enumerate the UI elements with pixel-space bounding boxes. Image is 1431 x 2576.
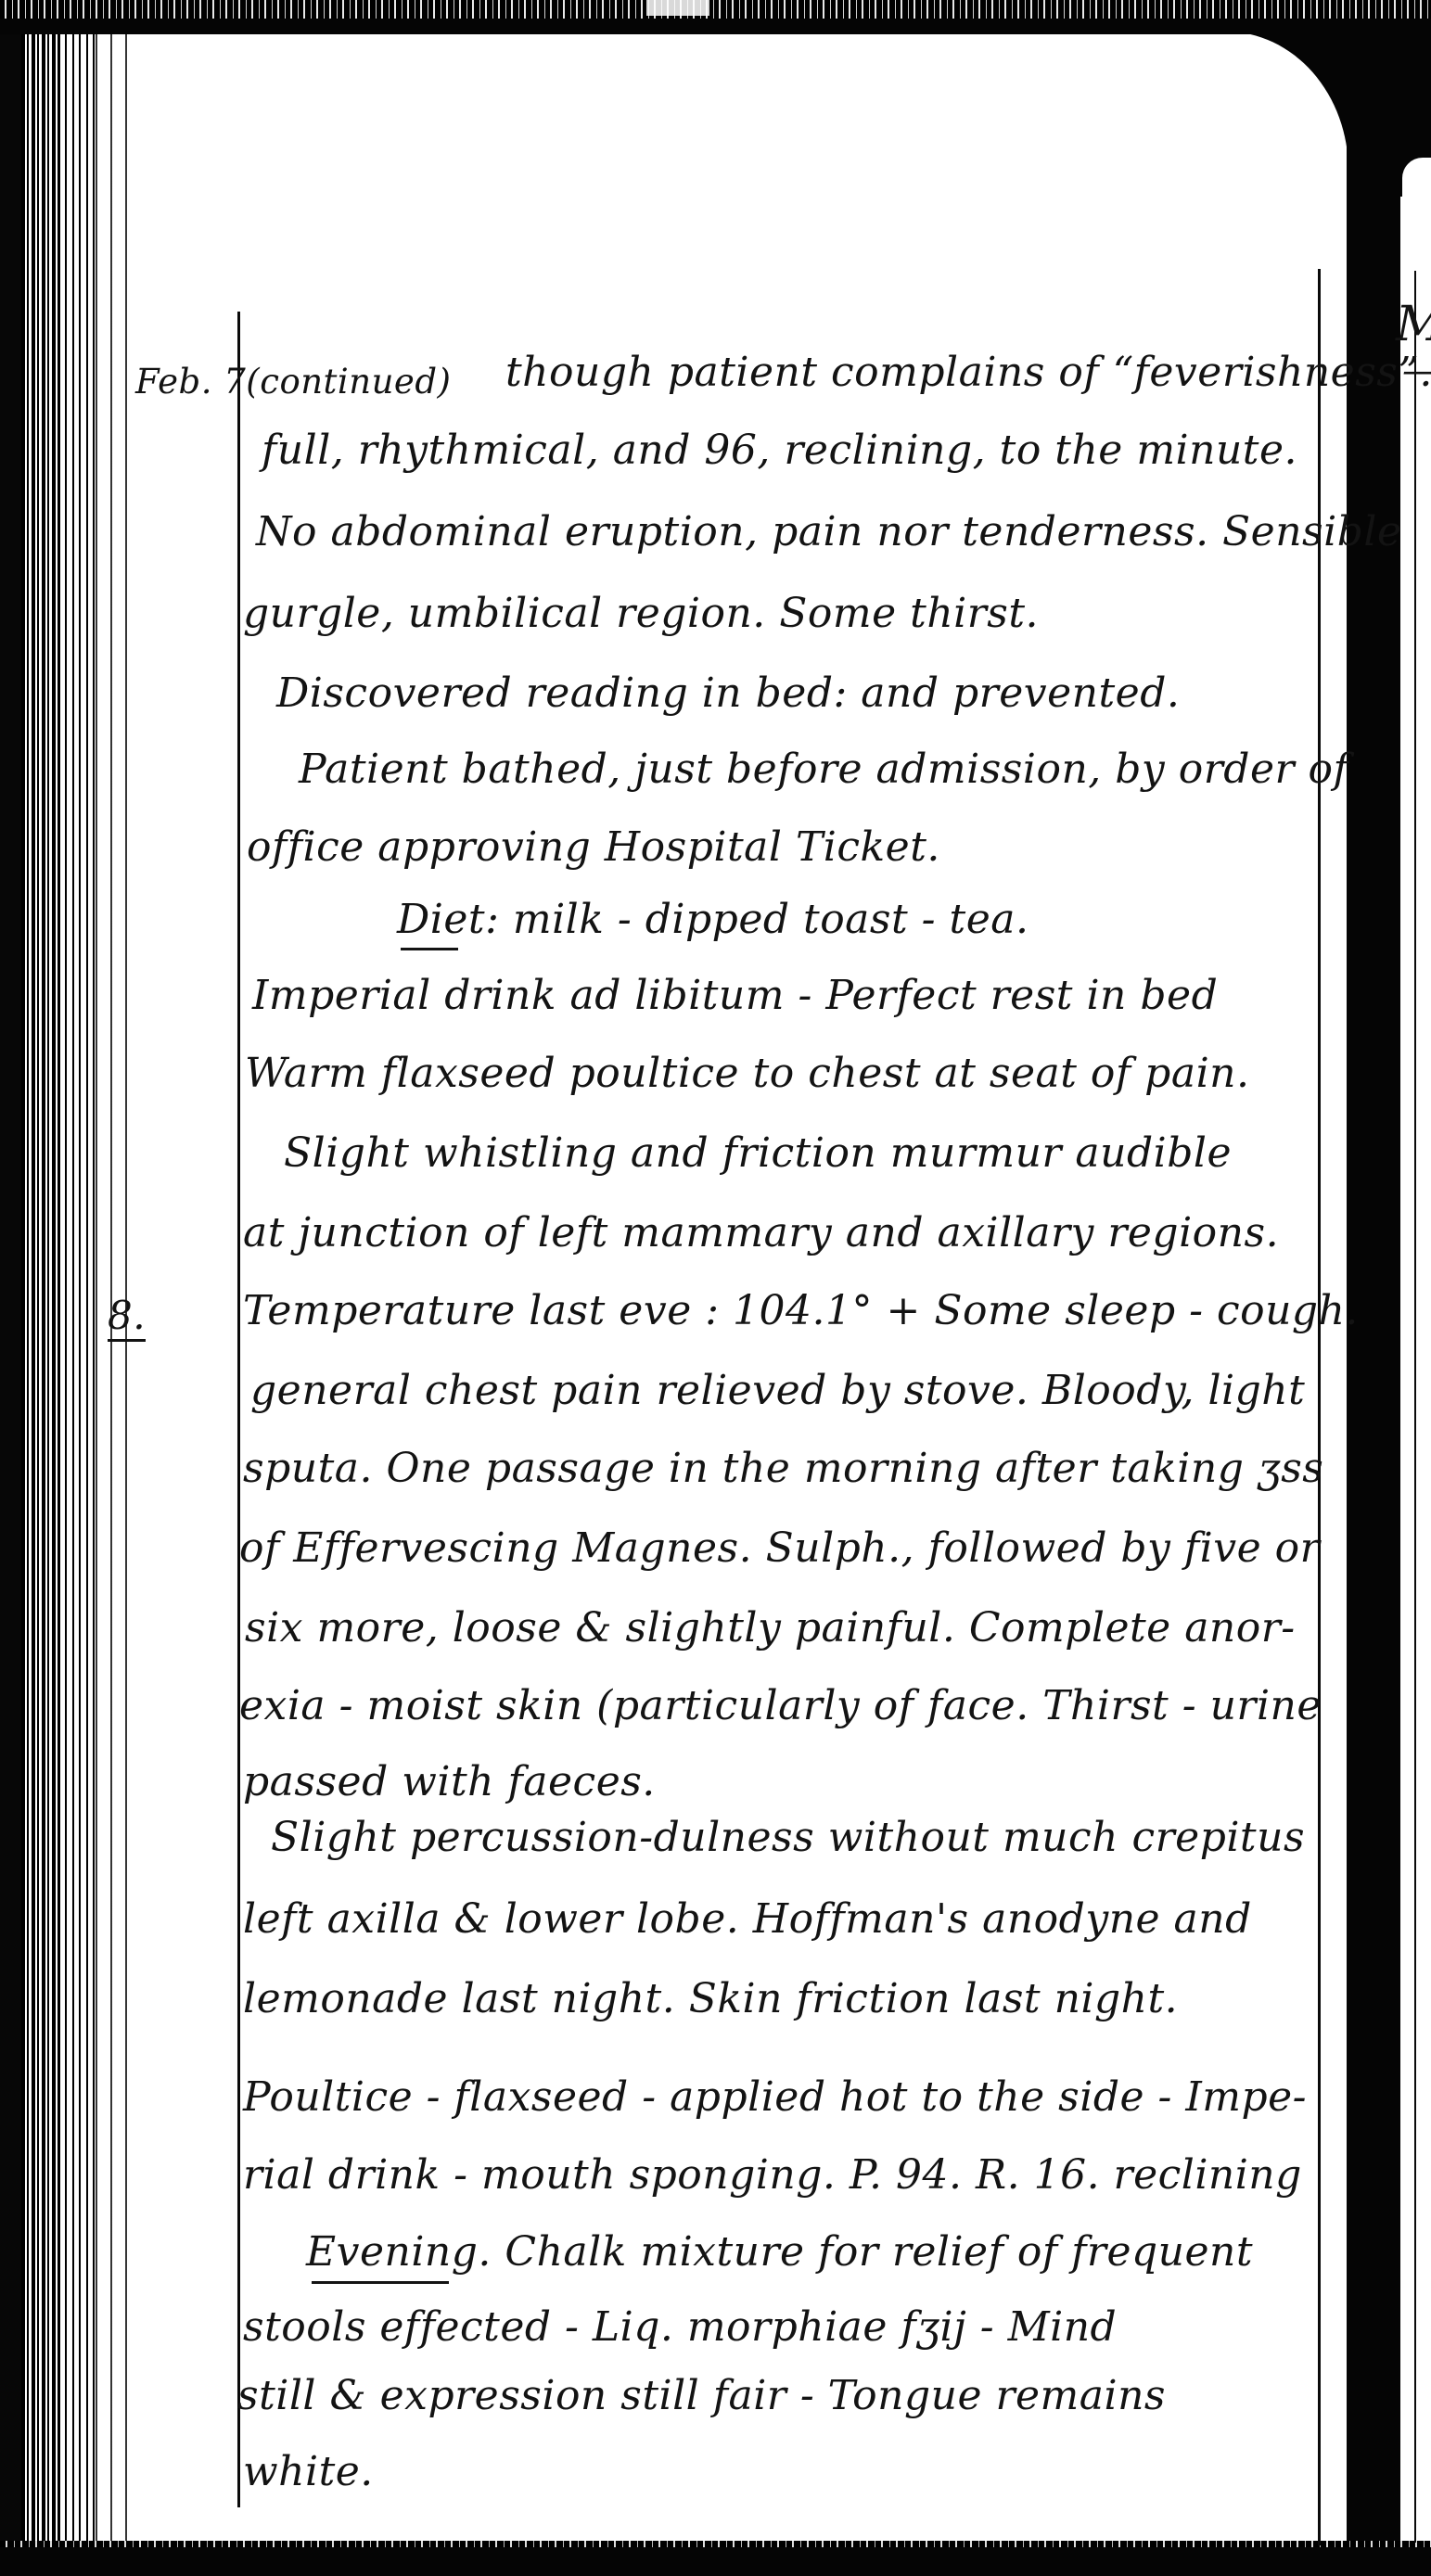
manuscript-line-22: lemonade last night. Skin friction last … [243, 1977, 1178, 2021]
manuscript-line-8: Diet: milk - dipped toast - tea. [397, 898, 1029, 942]
manuscript-line-6: Patient bathed, just before admission, b… [299, 747, 1348, 792]
manuscript-line-21: left axilla & lower lobe. Hoffman's anod… [243, 1897, 1252, 1942]
book-edge-sparse-streaks [96, 0, 138, 2576]
right-margin-rule [1318, 269, 1321, 2545]
manuscript-line-7: office approving Hospital Ticket. [247, 825, 940, 870]
manuscript-line-28: white. [243, 2450, 374, 2494]
top-scan-border [0, 19, 1431, 34]
margin-note-1: Feb. 7(continued) [135, 363, 451, 402]
manuscript-line-5: Discovered reading in bed: and prevented… [276, 671, 1180, 716]
manuscript-line-11: Slight whistling and friction murmur aud… [284, 1131, 1232, 1176]
next-page-handwriting-fragment: M [1396, 299, 1431, 351]
top-scan-noise-band [0, 0, 1431, 19]
manuscript-line-18: exia - moist skin (particularly of face.… [239, 1684, 1322, 1728]
manuscript-line-17: six more, loose & slightly painful. Comp… [245, 1606, 1296, 1651]
manuscript-line-12: at junction of left mammary and axillary… [243, 1211, 1279, 1256]
manuscript-line-13: Temperature last eve : 104.1° + Some sle… [243, 1289, 1359, 1333]
scanned-manuscript-page: Feb. 7(continued)8.though patient compla… [0, 0, 1431, 2576]
manuscript-line-24: rial drink - mouth sponging. P. 94. R. 1… [243, 2153, 1302, 2198]
next-page-margin-rule [1414, 271, 1416, 2543]
book-edge-solid-band [0, 0, 21, 2576]
manuscript-line-15: sputa. One passage in the morning after … [243, 1447, 1323, 1491]
manuscript-line-2: full, rhythmical, and 96, reclining, to … [262, 428, 1297, 473]
next-page-handwriting-dash: — [1402, 351, 1431, 391]
top-scan-noise-gap [646, 0, 709, 16]
manuscript-line-1: though patient complains of “feverishnes… [505, 351, 1431, 395]
manuscript-line-16: of Effervescing Magnes. Sulph., followed… [239, 1526, 1320, 1571]
manuscript-line-26: stools effected - Liq. morphiae fʒij - M… [243, 2305, 1117, 2350]
manuscript-line-25: Evening. Chalk mixture for relief of fre… [306, 2230, 1253, 2275]
margin-note-2: 8. [108, 1294, 146, 1342]
manuscript-line-19: passed with faeces. [243, 1760, 656, 1804]
next-page-sliver [1402, 158, 1431, 2546]
manuscript-line-20: Slight percussion-dulness without much c… [271, 1816, 1305, 1860]
manuscript-line-4: gurgle, umbilical region. Some thirst. [243, 592, 1039, 636]
manuscript-line-3: No abdominal eruption, pain nor tenderne… [256, 510, 1401, 555]
bottom-scan-border [0, 2547, 1431, 2576]
diet-word-underline [401, 948, 458, 950]
evening-word-underline [312, 2281, 449, 2284]
manuscript-line-10: Warm flaxseed poultice to chest at seat … [245, 1052, 1249, 1096]
manuscript-line-9: Imperial drink ad libitum - Perfect rest… [252, 974, 1218, 1018]
manuscript-line-27: still & expression still fair - Tongue r… [237, 2374, 1166, 2418]
book-edge-medium-streaks [58, 0, 96, 2576]
book-edge-dense-streaks [21, 0, 58, 2576]
left-margin-rule [237, 312, 240, 2507]
manuscript-line-14: general chest pain relieved by stove. Bl… [250, 1369, 1305, 1413]
manuscript-line-23: Poultice - flaxseed - applied hot to the… [243, 2075, 1307, 2120]
